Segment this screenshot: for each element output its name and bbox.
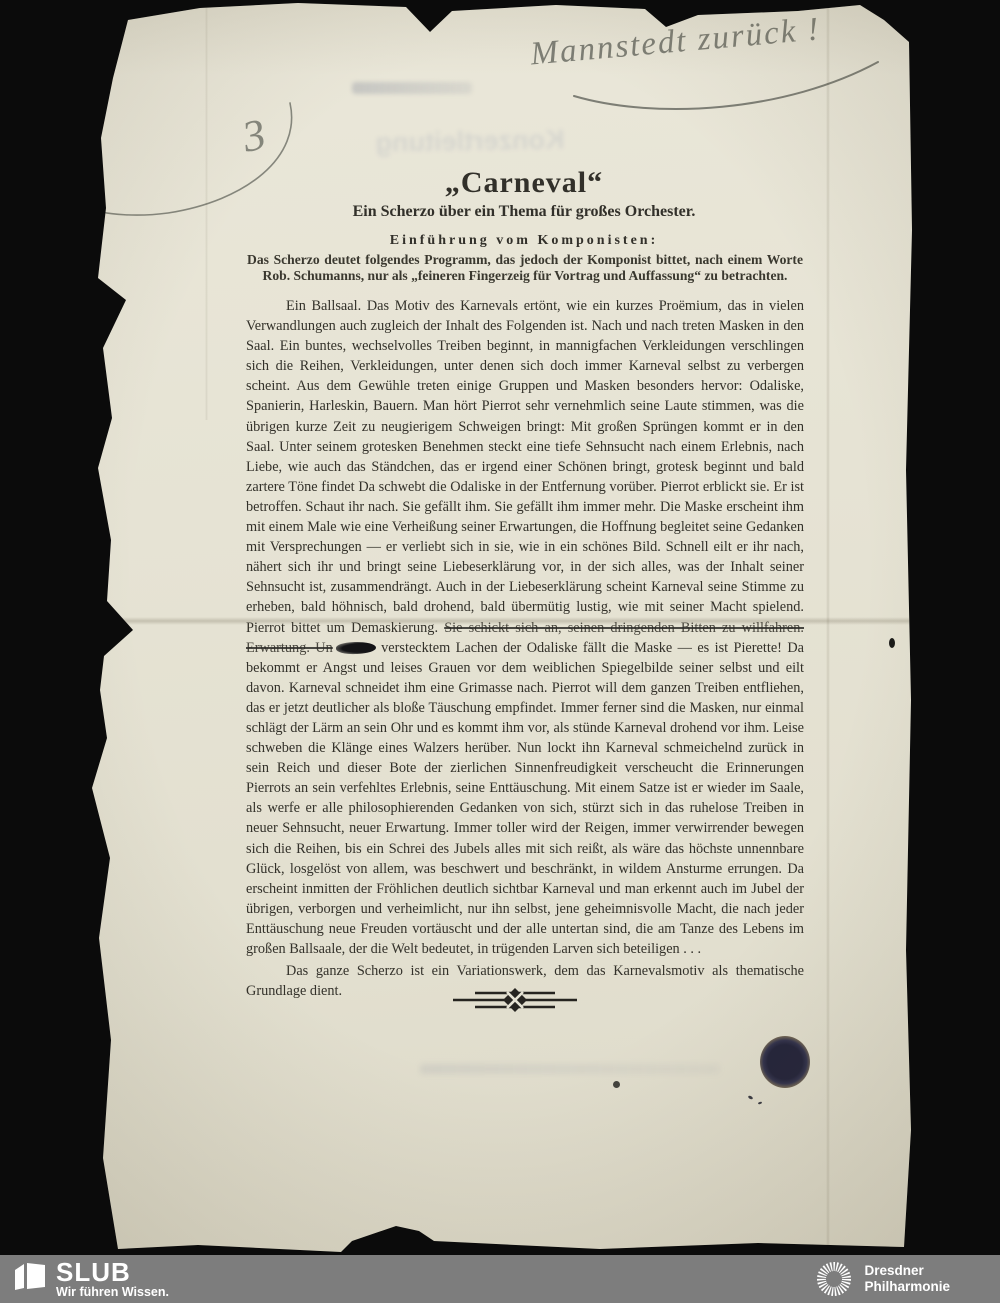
- horizontal-fold-crease: [0, 617, 1000, 625]
- bleedthrough-ghost-text: Konzertleitung: [330, 124, 610, 160]
- ink-smudge: [336, 642, 376, 655]
- divider-ornament: [453, 987, 577, 1013]
- slub-book-icon: [12, 1260, 48, 1294]
- bleedthrough-smudge: [352, 82, 472, 94]
- program-note-body: Ein Ballsaal. Das Motiv des Karnevals er…: [246, 296, 804, 1001]
- partner-name-line1: Dresdner: [864, 1263, 950, 1279]
- edge-tear-speck: [889, 638, 895, 648]
- ink-speck: [758, 1101, 762, 1104]
- partner-logo-block: Dresdner Philharmonie: [814, 1259, 1000, 1299]
- scanned-document-page: Mannstedt zurück ! 3 Konzertleitung „Car…: [0, 0, 1000, 1255]
- partner-name-line2: Philharmonie: [864, 1279, 950, 1295]
- ink-blot-stain: [760, 1036, 810, 1088]
- small-stain-dot: [613, 1081, 620, 1088]
- slub-text-block: SLUB Wir führen Wissen.: [56, 1260, 169, 1299]
- document-subtitle: Ein Scherzo über ein Thema für großes Or…: [245, 203, 803, 221]
- slub-wordmark: SLUB: [56, 1260, 169, 1284]
- vertical-fold-crease-faint: [205, 0, 208, 420]
- ink-speck: [748, 1095, 754, 1100]
- paragraph-text: Ein Ballsaal. Das Motiv des Karnevals er…: [246, 298, 804, 636]
- library-footer-bar: SLUB Wir führen Wissen. Dresdner Philhar…: [0, 1255, 1000, 1303]
- handwritten-underline-flourish: [556, 44, 896, 114]
- intro-paragraph: Das Scherzo deutet folgendes Programm, d…: [247, 252, 803, 283]
- vertical-fold-crease: [826, 0, 830, 1255]
- bleedthrough-smudge-bottom: [420, 1064, 720, 1074]
- program-paragraph-1: Ein Ballsaal. Das Motiv des Karnevals er…: [246, 296, 804, 959]
- paragraph-text: verstecktem Lachen der Odaliske fällt di…: [246, 640, 804, 957]
- dresdner-philharmonie-starburst-icon: [814, 1259, 854, 1299]
- slub-logo-block: SLUB Wir führen Wissen.: [0, 1260, 169, 1299]
- slub-tagline: Wir führen Wissen.: [56, 1285, 169, 1299]
- document-title: „Carneval“: [245, 166, 803, 200]
- partner-name: Dresdner Philharmonie: [864, 1263, 950, 1295]
- section-heading: Einführung vom Komponisten:: [245, 233, 803, 249]
